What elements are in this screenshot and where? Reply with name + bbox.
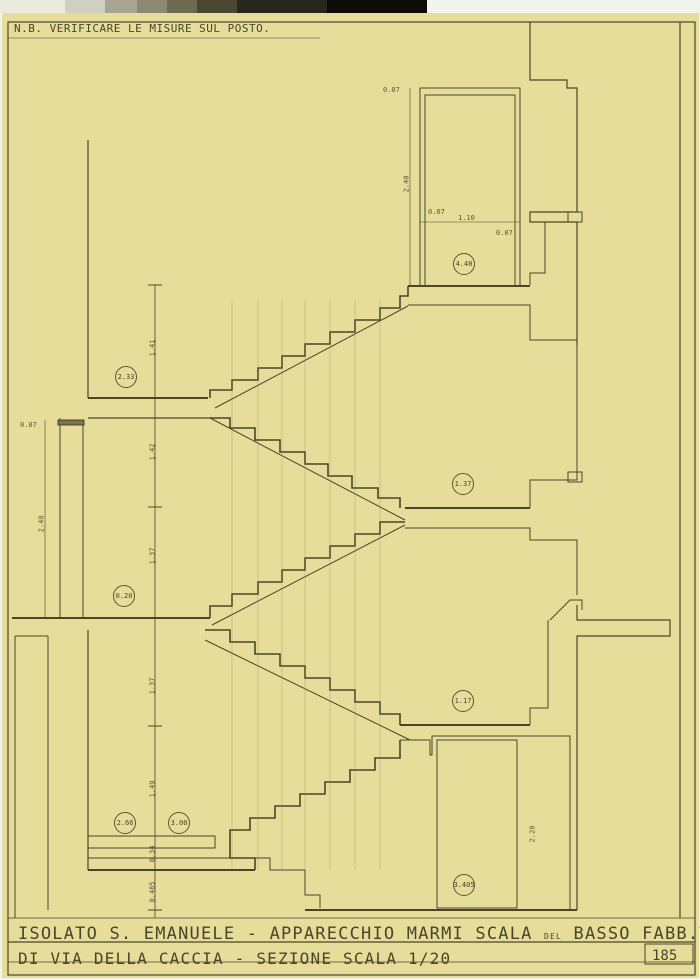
title-line-2: DI VIA DELLA CACCIA - SEZIONE SCALA 1/20 bbox=[18, 949, 451, 968]
elevation-mark-1.17: 1.17 bbox=[452, 690, 474, 712]
dim-flight-4: 1.37 bbox=[148, 678, 156, 695]
dim-flight-1: 1.41 bbox=[148, 340, 156, 357]
sheet-number: 185 bbox=[652, 948, 677, 964]
dim-door-top: 0.07 bbox=[383, 86, 400, 94]
elevation-mark-1.37: 1.37 bbox=[452, 473, 474, 495]
elevation-mark-4.40: 4.40 bbox=[453, 253, 475, 275]
dim-base-depth: 0.485 bbox=[149, 881, 157, 902]
dim-left-opening: 2.40 bbox=[37, 516, 45, 533]
title-builder: BASSO FABB.TO bbox=[574, 924, 700, 944]
dim-base-step: 0.34 bbox=[148, 846, 156, 863]
elevation-mark-3.405: 3.405 bbox=[453, 874, 475, 896]
dim-lower-door-height: 2.20 bbox=[528, 826, 536, 843]
elevation-mark-2.66: 2.66 bbox=[114, 812, 136, 834]
elevation-mark-2.33: 2.33 bbox=[115, 366, 137, 388]
dim-left-lintel: 0.07 bbox=[20, 421, 37, 429]
dim-flight-5: 1.49 bbox=[148, 781, 156, 798]
elevation-mark-3.00: 3.00 bbox=[168, 812, 190, 834]
title-line-1: ISOLATO S. EMANUELE - APPARECCHIO MARMI … bbox=[18, 924, 700, 944]
title-del: DEL bbox=[544, 932, 562, 941]
dim-flight-2: 1.42 bbox=[148, 444, 156, 461]
dim-door-height: 2.40 bbox=[402, 176, 410, 193]
dim-door-jamb-right: 0.07 bbox=[496, 229, 513, 237]
verify-measurements-note: N.B. VERIFICARE LE MISURE SUL POSTO. bbox=[14, 22, 270, 35]
elevation-mark-0.20: 0.20 bbox=[113, 585, 135, 607]
dim-door-jamb-left: 0.07 bbox=[428, 208, 445, 216]
staircase-section-drawing bbox=[0, 0, 700, 980]
dim-door-width: 1.10 bbox=[458, 214, 475, 222]
dim-flight-3: 1.37 bbox=[148, 548, 156, 565]
title-project: ISOLATO S. EMANUELE - APPARECCHIO MARMI … bbox=[18, 924, 533, 944]
